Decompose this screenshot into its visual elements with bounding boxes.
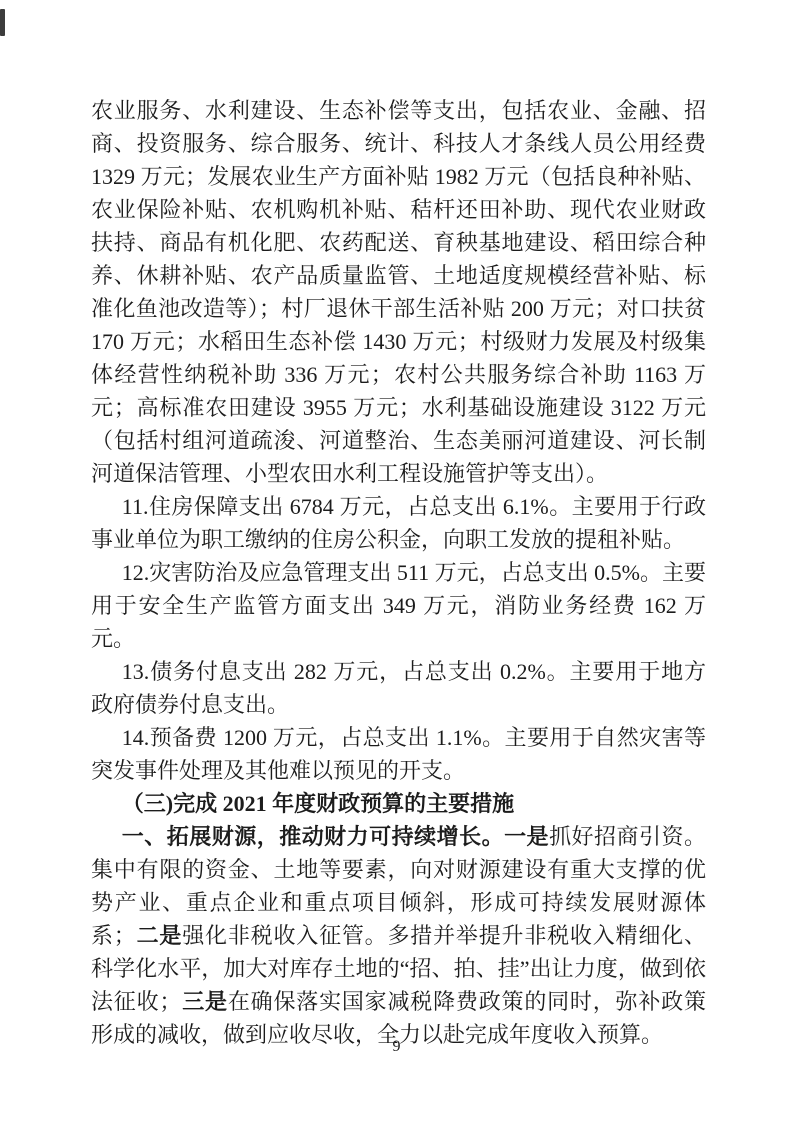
scan-edge-artifact bbox=[0, 9, 5, 36]
measures-bold-third: 三是 bbox=[181, 989, 227, 1014]
page-number: 9 bbox=[0, 1038, 793, 1056]
section-heading-2021-budget-measures: （三)完成 2021 年度财政预算的主要措施 bbox=[91, 787, 706, 820]
paragraph-11-housing-expenditure: 11.住房保障支出 6784 万元，占总支出 6.1%。主要用于行政事业单位为职… bbox=[91, 490, 706, 556]
measures-bold-second: 二是 bbox=[136, 923, 182, 948]
document-page: 农业服务、水利建设、生态补偿等支出，包括农业、金融、招商、投资服务、综合服务、统… bbox=[0, 0, 793, 1122]
paragraph-measures-expand-revenue: 一、拓展财源，推动财力可持续增长。一是抓好招商引资。集中有限的资金、土地等要素，… bbox=[91, 820, 706, 1051]
paragraph-14-reserve-fund: 14.预备费 1200 万元，占总支出 1.1%。主要用于自然灾害等突发事件处理… bbox=[91, 721, 706, 787]
paragraph-12-disaster-emergency-expenditure: 12.灾害防治及应急管理支出 511 万元，占总支出 0.5%。主要用于安全生产… bbox=[91, 556, 706, 655]
paragraph-agriculture-water-expenditure: 农业服务、水利建设、生态补偿等支出，包括农业、金融、招商、投资服务、综合服务、统… bbox=[91, 94, 706, 490]
paragraph-13-debt-interest-expenditure: 13.债务付息支出 282 万元，占总支出 0.2%。主要用于地方政府债券付息支… bbox=[91, 655, 706, 721]
document-body: 农业服务、水利建设、生态补偿等支出，包括农业、金融、招商、投资服务、综合服务、统… bbox=[91, 94, 706, 1051]
measures-bold-lead: 一、拓展财源，推动财力可持续增长。一是 bbox=[122, 824, 549, 849]
